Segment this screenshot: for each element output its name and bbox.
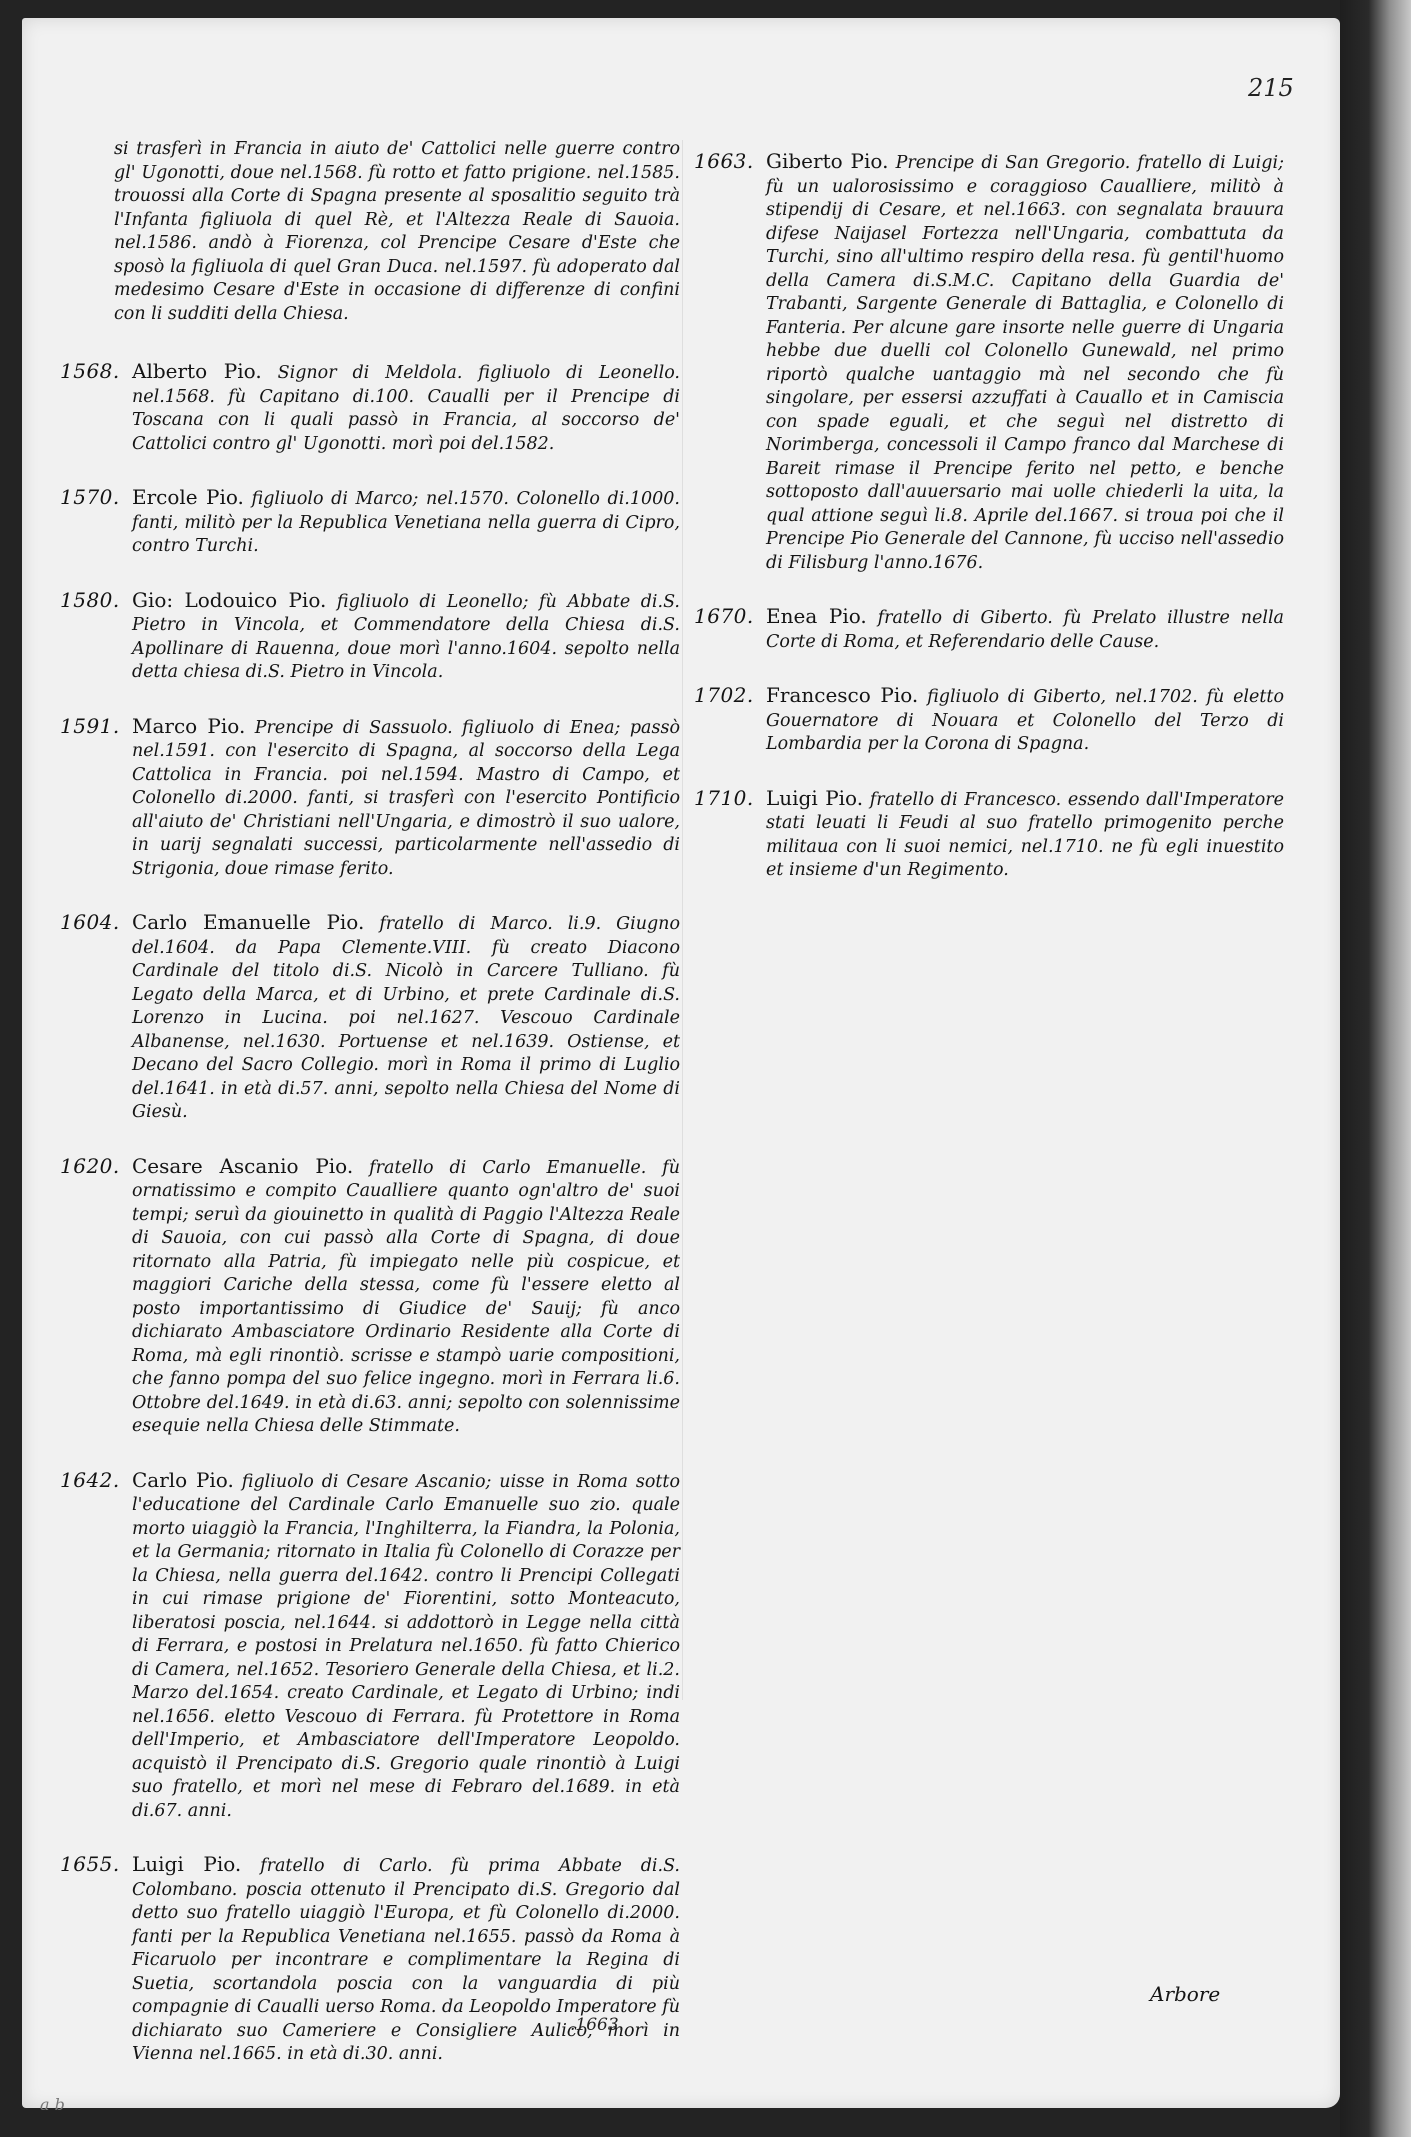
entry-1570: 1570. Ercole Pio. figliuolo di Marco; ne…: [60, 486, 680, 559]
right-column: 1663. Giberto Pio. Prencipe di San Grego…: [694, 150, 1284, 913]
entry-year: 1702.: [694, 684, 754, 708]
entry-body: Gio: Lodouico Pio. figliuolo di Leonello…: [132, 589, 680, 685]
entry-body: Francesco Pio. figliuolo di Giberto, nel…: [766, 684, 1284, 757]
entry-body: Carlo Pio. figliuolo di Cesare Ascanio; …: [132, 1469, 680, 1824]
entry-name: Enea Pio.: [766, 604, 867, 628]
entry-year: 1642.: [60, 1469, 120, 1493]
entry-name: Luigi Pio.: [132, 1852, 241, 1876]
entry-name: Francesco Pio.: [766, 683, 918, 707]
entry-year: 1655.: [60, 1853, 120, 1877]
entry-1568: 1568. Alberto Pio. Signor di Meldola. fi…: [60, 360, 680, 456]
entry-1642: 1642. Carlo Pio. figliuolo di Cesare Asc…: [60, 1469, 680, 1824]
entry-name: Carlo Pio.: [132, 1468, 234, 1492]
entry-text: figliuolo di Cesare Ascanio; uisse in Ro…: [132, 1472, 680, 1821]
entry-name: Gio: Lodouico Pio.: [132, 588, 326, 612]
entry-text: Prencipe di Sassuolo. figliuolo di Enea;…: [132, 718, 680, 879]
page-edge-shadow: [1340, 0, 1411, 2137]
entry-body: Enea Pio. fratello di Giberto. fù Prelat…: [766, 605, 1284, 654]
entry-name: Luigi Pio.: [766, 786, 863, 810]
footer-year-note: .1663.: [570, 2015, 624, 2035]
column-divider: [682, 140, 683, 1700]
entry-1670: 1670. Enea Pio. fratello di Giberto. fù …: [694, 605, 1284, 654]
margin-mark: a b: [40, 2095, 65, 2114]
entry-name: Alberto Pio.: [132, 359, 262, 383]
entry-year: 1568.: [60, 360, 120, 384]
entry-year: 1591.: [60, 715, 120, 739]
entry-name: Ercole Pio.: [132, 485, 244, 509]
entry-1604: 1604. Carlo Emanuelle Pio. fratello di M…: [60, 911, 680, 1125]
entry-name: Giberto Pio.: [766, 149, 888, 173]
entry-body: Giberto Pio. Prencipe di San Gregorio. f…: [766, 150, 1284, 575]
entry-year: 1570.: [60, 486, 120, 510]
entry-year: 1710.: [694, 787, 754, 811]
entry-text: fratello di Carlo Emanuelle. fù ornatiss…: [132, 1158, 680, 1437]
entry-1710: 1710. Luigi Pio. fratello di Francesco. …: [694, 787, 1284, 883]
entry-1580: 1580. Gio: Lodouico Pio. figliuolo di Le…: [60, 589, 680, 685]
entry-body: Cesare Ascanio Pio. fratello di Carlo Em…: [132, 1155, 680, 1439]
entry-1702: 1702. Francesco Pio. figliuolo di Gibert…: [694, 684, 1284, 757]
entry-text: Prencipe di San Gregorio. fratello di Lu…: [766, 153, 1284, 573]
entry-name: Cesare Ascanio Pio.: [132, 1154, 353, 1178]
entry-name: Carlo Emanuelle Pio.: [132, 910, 364, 934]
entry-1620: 1620. Cesare Ascanio Pio. fratello di Ca…: [60, 1155, 680, 1439]
folio-number: 215: [1248, 74, 1294, 102]
catchword: Arbore: [1150, 1982, 1220, 2006]
entry-body: Luigi Pio. fratello di Francesco. essend…: [766, 787, 1284, 883]
entry-body: Carlo Emanuelle Pio. fratello di Marco. …: [132, 911, 680, 1125]
entry-year: 1663.: [694, 150, 754, 174]
continuation-paragraph: si trasferì in Francia in aiuto de' Catt…: [60, 138, 680, 326]
entry-text: fratello di Marco. li.9. Giugno del.1604…: [132, 914, 680, 1122]
entry-body: Ercole Pio. figliuolo di Marco; nel.1570…: [132, 486, 680, 559]
entry-year: 1670.: [694, 605, 754, 629]
left-column: si trasferì in Francia in aiuto de' Catt…: [60, 138, 680, 2097]
entry-year: 1604.: [60, 911, 120, 935]
entry-body: Alberto Pio. Signor di Meldola. figliuol…: [132, 360, 680, 456]
entry-body: Marco Pio. Prencipe di Sassuolo. figliuo…: [132, 715, 680, 882]
entry-name: Marco Pio.: [132, 714, 245, 738]
entry-1663: 1663. Giberto Pio. Prencipe di San Grego…: [694, 150, 1284, 575]
entry-year: 1620.: [60, 1155, 120, 1179]
entry-year: 1580.: [60, 589, 120, 613]
entry-1591: 1591. Marco Pio. Prencipe di Sassuolo. f…: [60, 715, 680, 882]
